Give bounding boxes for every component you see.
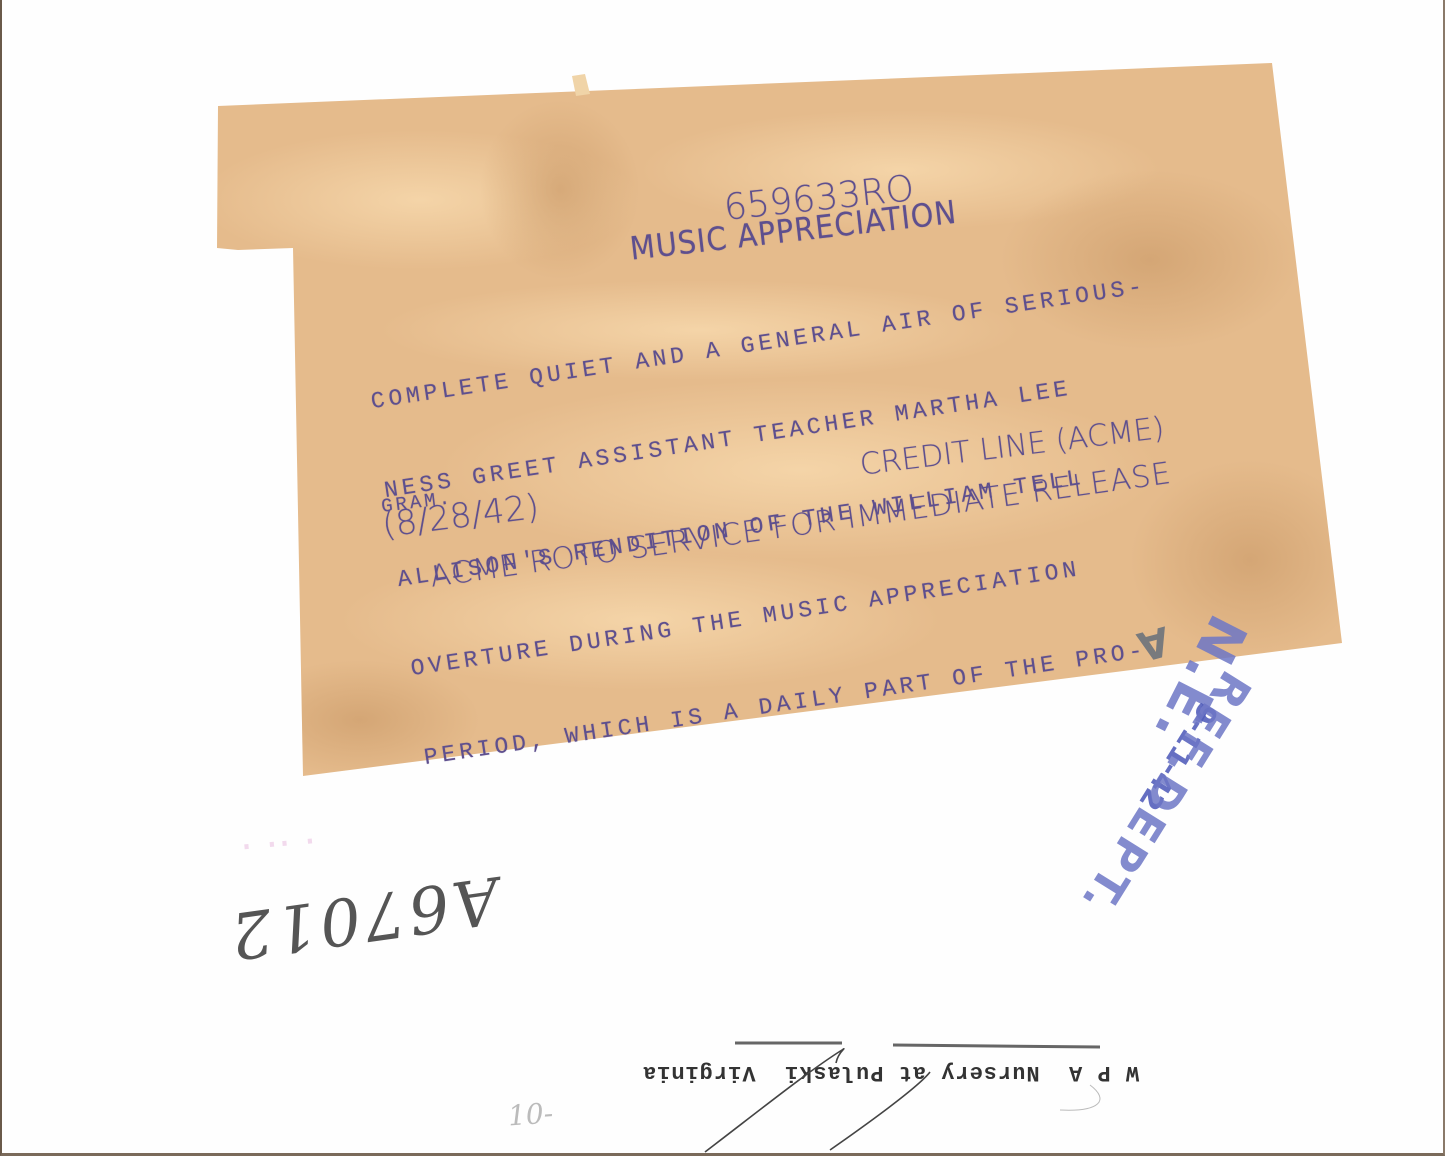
typed-location-label: W P A Nursery at Pulaski Virginia [642,1060,1139,1085]
handwritten-margin-note: 10- [507,1096,554,1132]
faded-stamp-marks: · ·· · [238,817,318,869]
